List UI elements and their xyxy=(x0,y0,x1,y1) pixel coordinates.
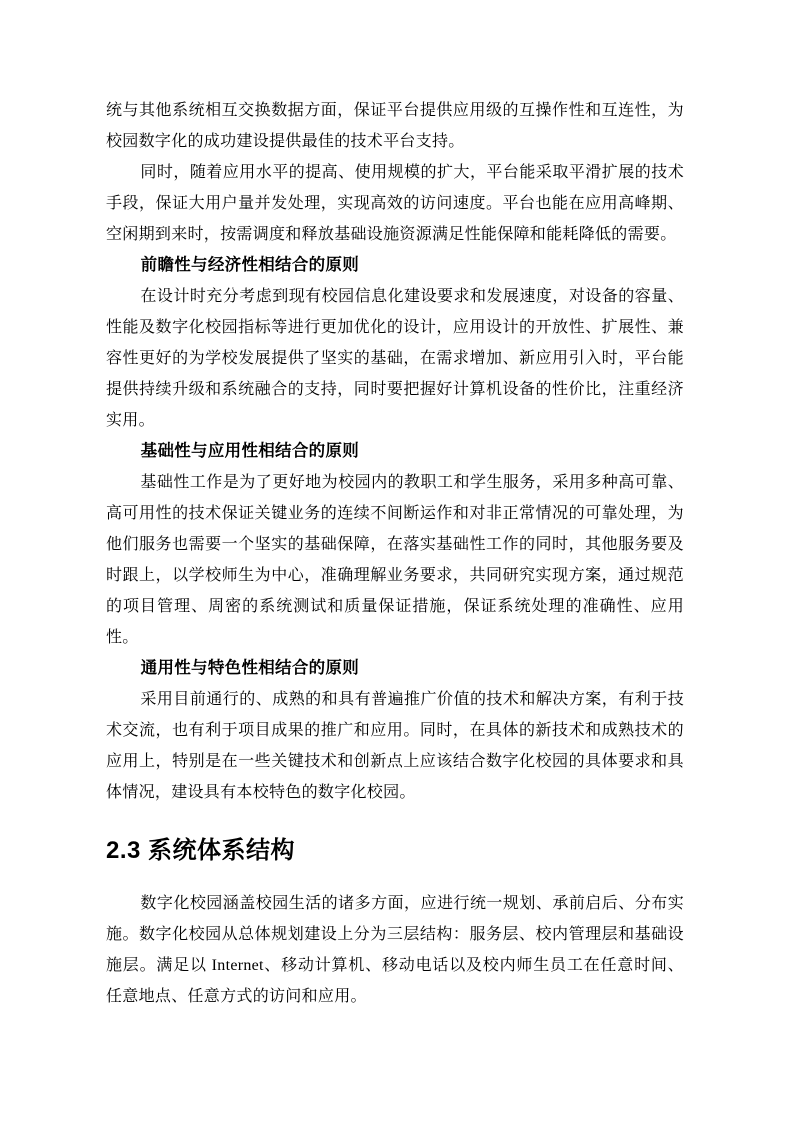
document-page: 统与其他系统相互交换数据方面，保证平台提供应用级的互操作性和互连性，为校园数字化… xyxy=(0,0,793,1122)
section-heading-2-3-system-architecture: 2.3 系统体系结构 xyxy=(106,834,684,867)
paragraph-smooth-expansion: 同时，随着应用水平的提高、使用规模的扩大，平台能采取平滑扩展的技术手段，保证大用… xyxy=(106,157,684,250)
subheading-generality-uniqueness-principle: 通用性与特色性相结合的原则 xyxy=(106,653,684,684)
paragraph-foundational-applicability: 基础性工作是为了更好地为校园内的教职工和学生服务，采用多种高可靠、高可用性的技术… xyxy=(106,467,684,653)
paragraph-generality-uniqueness: 采用目前通行的、成熟的和具有普遍推广价值的技术和解决方案，有利于技术交流，也有利… xyxy=(106,684,684,808)
paragraph-forward-looking-economic: 在设计时充分考虑到现有校园信息化建设要求和发展速度，对设备的容量、性能及数字化校… xyxy=(106,281,684,436)
subheading-forward-looking-economic-principle: 前瞻性与经济性相结合的原则 xyxy=(106,250,684,281)
subheading-foundational-applicability-principle: 基础性与应用性相结合的原则 xyxy=(106,436,684,467)
paragraph-three-layer-structure: 数字化校园涵盖校园生活的诸多方面，应进行统一规划、承前启后、分布实施。数字化校园… xyxy=(106,888,684,1012)
paragraph-continuation: 统与其他系统相互交换数据方面，保证平台提供应用级的互操作性和互连性，为校园数字化… xyxy=(106,95,684,157)
